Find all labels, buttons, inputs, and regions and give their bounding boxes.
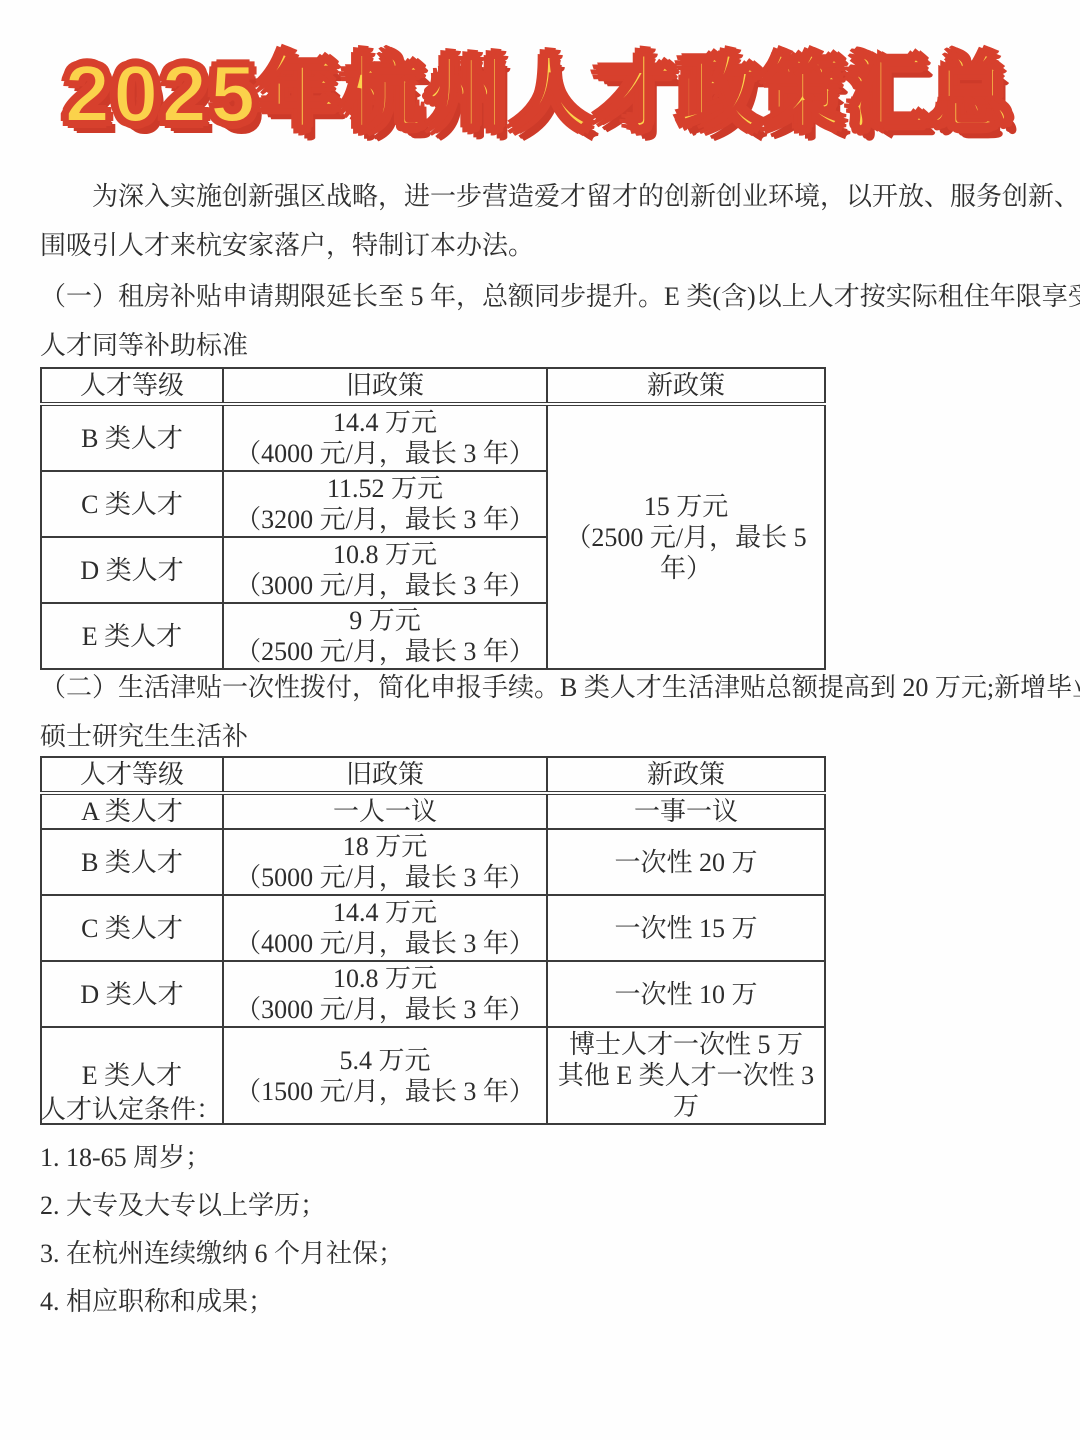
cell-old-policy: 9 万元 （2500 元/月，最长 3 年）	[223, 603, 547, 669]
cell-line: （5000 元/月，最长 3 年）	[226, 862, 544, 893]
cell-old-policy: 14.4 万元 （4000 元/月，最长 3 年）	[223, 895, 547, 961]
cell-line: （3000 元/月，最长 3 年）	[226, 994, 544, 1025]
cell-new-policy: 一次性 15 万	[547, 895, 825, 961]
section-1-line-1: （一）租房补贴申请期限延长至 5 年，总额同步提升。E 类(含)以上人才按实际租…	[40, 272, 1045, 321]
allowance-header-old: 旧政策	[223, 757, 547, 793]
talent-conditions-list: 人才认定条件： 1. 18-65 周岁； 2. 大专及大专以上学历； 3. 在杭…	[40, 1086, 1040, 1326]
cell-level: D 类人才	[41, 961, 223, 1027]
cell-line: 14.4 万元	[226, 897, 544, 928]
cell-old-policy: 10.8 万元 （3000 元/月，最长 3 年）	[223, 961, 547, 1027]
cell-line: （3000 元/月，最长 3 年）	[226, 570, 544, 601]
cell-line: 14.4 万元	[226, 407, 544, 438]
rent-header-old: 旧政策	[223, 368, 547, 404]
allowance-header-new: 新政策	[547, 757, 825, 793]
rent-subsidy-table: 人才等级 旧政策 新政策 B 类人才 14.4 万元 （4000 元/月，最长 …	[40, 367, 826, 670]
cell-old-policy: 一人一议	[223, 793, 547, 829]
cell-line: 9 万元	[226, 605, 544, 636]
cell-new-policy: 一事一议	[547, 793, 825, 829]
cell-level: C 类人才	[41, 895, 223, 961]
cell-new-policy-merged: 15 万元 （2500 元/月，最长 5 年）	[547, 404, 825, 669]
cell-old-policy: 10.8 万元 （3000 元/月，最长 3 年）	[223, 537, 547, 603]
rent-header-new: 新政策	[547, 368, 825, 404]
cell-line: 5.4 万元	[226, 1045, 544, 1076]
condition-item: 2. 大专及大专以上学历；	[40, 1182, 1040, 1230]
condition-item: 3. 在杭州连续缴纳 6 个月社保；	[40, 1230, 1040, 1278]
cell-line: 博士人才一次性 5 万	[550, 1029, 822, 1060]
cell-old-policy: 11.52 万元 （3200 元/月，最长 3 年）	[223, 471, 547, 537]
cell-line: 11.52 万元	[226, 473, 544, 504]
allowance-header-level: 人才等级	[41, 757, 223, 793]
cell-new-policy: 一次性 10 万	[547, 961, 825, 1027]
section-1-line-2: 人才同等补助标准	[40, 321, 1045, 370]
section-2-line-2: 硕士研究生生活补	[40, 712, 1045, 761]
cell-line: （2500 元/月，最长 5 年）	[550, 522, 822, 584]
cell-level: C 类人才	[41, 471, 223, 537]
rent-table-header-row: 人才等级 旧政策 新政策	[41, 368, 825, 404]
table-row: C 类人才 14.4 万元 （4000 元/月，最长 3 年） 一次性 15 万	[41, 895, 825, 961]
table-row: B 类人才 18 万元 （5000 元/月，最长 3 年） 一次性 20 万	[41, 829, 825, 895]
rent-header-level: 人才等级	[41, 368, 223, 404]
cell-line: 15 万元	[550, 491, 822, 522]
condition-item: 4. 相应职称和成果；	[40, 1278, 1040, 1326]
table-row: A 类人才 一人一议 一事一议	[41, 793, 825, 829]
cell-level: B 类人才	[41, 404, 223, 471]
intro-paragraph: 为深入实施创新强区战略，进一步营造爱才留才的创新创业环境，以开放、服务创新、高效…	[40, 172, 1045, 270]
cell-old-policy: 14.4 万元 （4000 元/月，最长 3 年）	[223, 404, 547, 471]
cell-level: E 类人才	[41, 603, 223, 669]
living-allowance-table: 人才等级 旧政策 新政策 A 类人才 一人一议 一事一议 B 类人才 18 万元…	[40, 756, 826, 1125]
cell-old-policy: 18 万元 （5000 元/月，最长 3 年）	[223, 829, 547, 895]
document-page: 2025年杭州人才政策汇总 为深入实施创新强区战略，进一步营造爱才留才的创新创业…	[0, 0, 1080, 1440]
section-2-line-1: （二）生活津贴一次性拨付，简化申报手续。B 类人才生活津贴总额提高到 20 万元…	[40, 663, 1045, 712]
conditions-heading: 人才认定条件：	[40, 1086, 1040, 1134]
table-row: D 类人才 10.8 万元 （3000 元/月，最长 3 年） 一次性 10 万	[41, 961, 825, 1027]
cell-line: 10.8 万元	[226, 539, 544, 570]
cell-line: （4000 元/月，最长 3 年）	[226, 438, 544, 469]
section-2-paragraph: （二）生活津贴一次性拨付，简化申报手续。B 类人才生活津贴总额提高到 20 万元…	[40, 663, 1045, 761]
page-title: 2025年杭州人才政策汇总	[0, 44, 1080, 144]
cell-level: A 类人才	[41, 793, 223, 829]
allowance-table-header-row: 人才等级 旧政策 新政策	[41, 757, 825, 793]
condition-item: 1. 18-65 周岁；	[40, 1134, 1040, 1182]
cell-line: 10.8 万元	[226, 963, 544, 994]
intro-line-2: 围吸引人才来杭安家落户，特制订本办法。	[40, 221, 1045, 270]
cell-new-policy: 一次性 20 万	[547, 829, 825, 895]
intro-line-1: 为深入实施创新强区战略，进一步营造爱才留才的创新创业环境，以开放、服务创新、高效…	[40, 172, 1045, 221]
cell-level: D 类人才	[41, 537, 223, 603]
cell-line: 18 万元	[226, 831, 544, 862]
table-row: B 类人才 14.4 万元 （4000 元/月，最长 3 年） 15 万元 （2…	[41, 404, 825, 471]
section-1-paragraph: （一）租房补贴申请期限延长至 5 年，总额同步提升。E 类(含)以上人才按实际租…	[40, 272, 1045, 370]
cell-level: B 类人才	[41, 829, 223, 895]
cell-line: （3200 元/月，最长 3 年）	[226, 504, 544, 535]
cell-line: （4000 元/月，最长 3 年）	[226, 928, 544, 959]
